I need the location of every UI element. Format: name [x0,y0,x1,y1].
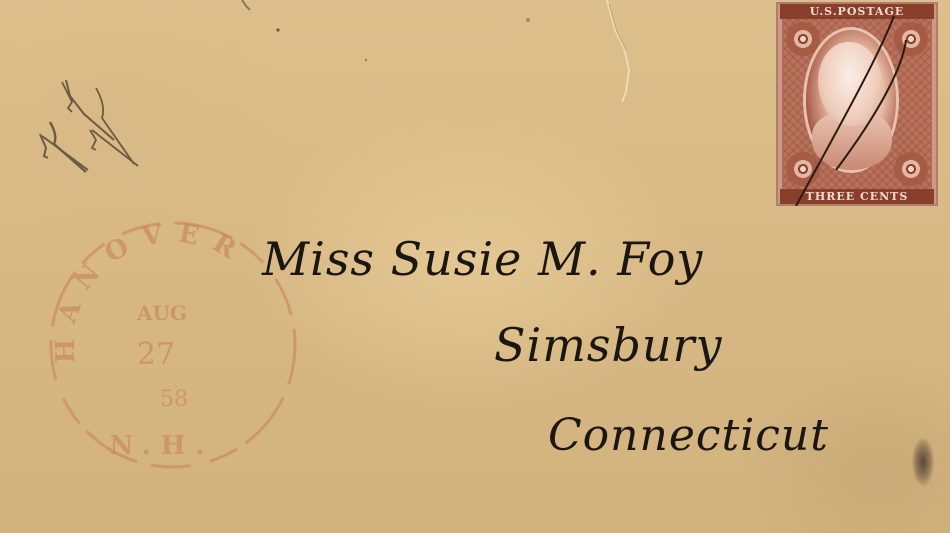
pencil-docket-mark [36,66,176,186]
address-town: Simsbury [494,318,723,372]
postmark-state: N.H. [110,431,215,461]
postmark-day: 27 [137,337,175,372]
address-recipient-name: Miss Susie M. Foy [262,232,703,286]
envelope: HANOVER AUG 27 58 N.H. U.S.POSTAGE THREE… [0,0,950,533]
pen-cancel-mark [776,2,938,206]
postmark-year: 58 [160,387,188,412]
address-state: Connecticut [548,410,829,461]
ink-smudge [912,438,934,486]
postmark-month: AUG [136,301,187,325]
postage-stamp: U.S.POSTAGE THREE CENTS [776,2,938,206]
